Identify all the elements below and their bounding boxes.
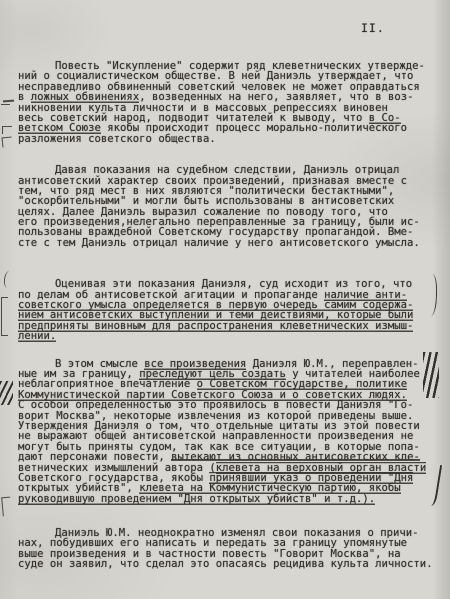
text-line: сте с тем Даниэль отрицал наличие у него… (18, 238, 444, 248)
underlined-text: лений. (18, 330, 56, 342)
paragraph: Давая показания на судебном следствии, Д… (18, 165, 444, 248)
paragraph: Даниэль Ю.М. неоднократно изменял свои п… (18, 528, 444, 570)
pencil-hatch-mark (0, 381, 13, 405)
pencil-corner-mark (2, 137, 13, 148)
pencil-bracket-mark (1, 297, 8, 336)
paragraph: Повесть "Искупление" содержит ряд клевет… (18, 61, 444, 144)
paragraph: Оценивая эти показания Даниэля, суд исхо… (18, 279, 444, 341)
text-line: лений. (18, 331, 444, 341)
text-line: суде он заявил, что сделал это опасаясь … (18, 559, 444, 569)
text-body: Повесть "Искупление" содержит ряд клевет… (18, 61, 444, 570)
pencil-dash-mark (3, 100, 14, 102)
underlined-text: руководившую проведением "Дня открытых у… (18, 493, 375, 505)
text-line: разложения советского общества. (18, 134, 444, 144)
pencil-corner-mark (1, 497, 12, 517)
underlined-text: предприняты виновным для распространения… (18, 320, 413, 332)
text-segment: суде он заявил, что сделал это опасаясь … (18, 558, 433, 570)
text-line: предприняты виновным для распространения… (18, 321, 444, 331)
pencil-corner-mark (2, 126, 12, 134)
text-line: руководившую проведением "Дня открытых у… (18, 494, 444, 504)
text-segment: разложения советского общества. (18, 133, 216, 145)
pencil-dash-mark (1, 104, 10, 105)
scanned-document-page: II. Повесть "Искупление" содержит ряд кл… (0, 0, 450, 599)
text-segment: сте с тем Даниэль отрицал наличие у него… (18, 237, 420, 249)
pencil-paren-mark (3, 271, 13, 289)
paragraph: В этом смысле все произведения Даниэля Ю… (18, 359, 444, 504)
page-number: II. (361, 21, 385, 35)
